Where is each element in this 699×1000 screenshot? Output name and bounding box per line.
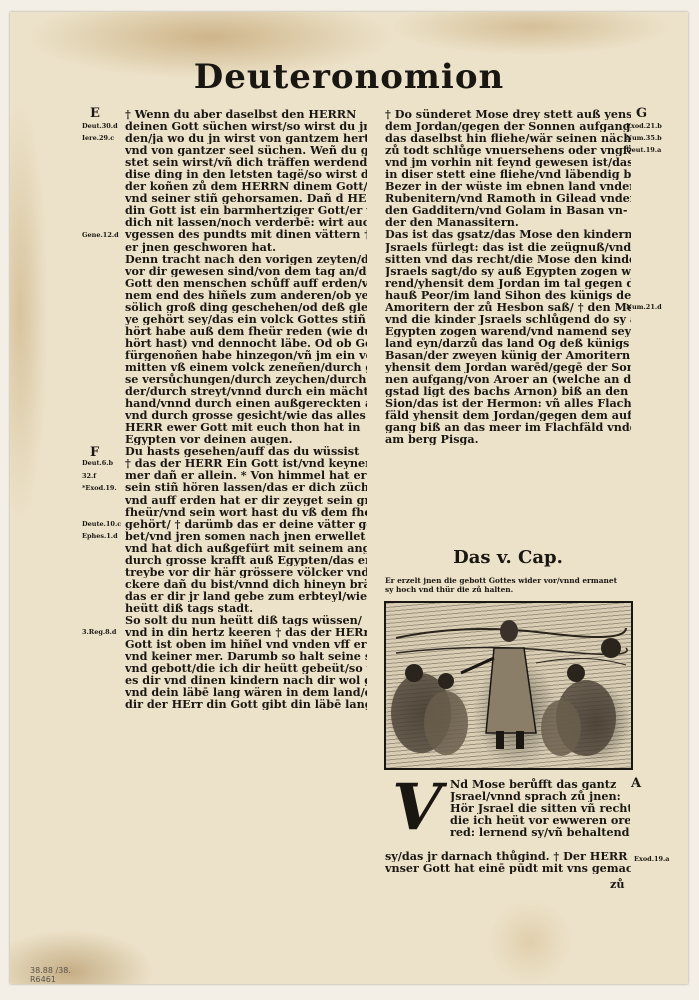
text-line: vnd seiner stiñ gehorsamen. Dañ d HERr (125, 192, 367, 204)
text-line: Bezer in der wüste im ebnen land vnder d… (385, 180, 631, 192)
text-line: das er dir jr land gebe zum erbteyl/wie … (125, 590, 367, 602)
text-line: ye gehört sey/das ein volck Gottes stiñ … (125, 313, 367, 325)
moses-figure-icon (386, 603, 631, 768)
summary-line: sy hoch vnd thür die zů halten. (385, 585, 631, 594)
text-line: in diser stett eine fliehe/vnd läbendig … (385, 168, 631, 180)
text-line: zů todt schlůge vnuersehens oder vngfärd… (385, 144, 631, 156)
text-line: Egypten vor deinen augen. (125, 433, 367, 445)
text-line: treybe vor dir här grössere völcker vnd … (125, 566, 367, 578)
text-line: am berg Pisga. (385, 433, 631, 445)
margin-note: Deut.19.a (626, 146, 661, 154)
text-line: vnd auff erden hat er dir zeyget sein gr… (125, 494, 367, 506)
margin-note: Deut.6.b (82, 459, 113, 467)
text-line: nem end des hiñels zum anderen/ob ye ein (125, 289, 367, 301)
text-line: sein stiñ hören lassen/das er dich zücht… (125, 481, 367, 493)
text-line: das daselbst hin fliehe/wär seinen nächs… (385, 132, 631, 144)
text-line: Basan/der zweyen künig der Amoritern die (385, 349, 631, 361)
chapter-heading: Das v. Cap. (385, 547, 631, 568)
margin-note: Deut.30.d (82, 122, 118, 130)
text-line: Gott den menschen schůff auff erden/von … (125, 277, 367, 289)
text-line: fäld yhensit dem Jordan/gegen dem auf- (385, 409, 631, 421)
text-line: der koñen zů dem HERRN dinem Gott/ (125, 180, 367, 192)
text-line: fheür/vnd sein wort hast du vß dem fheür (125, 506, 367, 518)
text-line: Denn tracht nach den vorigen zeyten/die (125, 253, 367, 265)
text-line: durch grosse krafft auß Egypten/das er v… (125, 554, 367, 566)
text-line: vgessen des pundts mit dinen vättern † d… (125, 228, 367, 240)
text-line: yhensit dem Jordan warēd/gegē der Son (385, 361, 631, 373)
text-line: deinen Gott süchen wirst/so wirst du jn … (125, 120, 367, 132)
text-line: vor dir gewesen sind/von dem tag an/do (125, 265, 367, 277)
text-line: ckere dañ du bist/vnnd dich hineyn bräch… (125, 578, 367, 590)
section-letter-g: G (636, 106, 647, 121)
text-line: So solt du nun heütt diß tags wüssen/ (125, 614, 367, 626)
text-line: gstad ligt des bachs Arnon) biß an den b… (385, 385, 631, 397)
text-line: HERR ewer Gott mit euch thon hat in (125, 421, 367, 433)
margin-note: 3.Reg.8.d (82, 628, 116, 636)
text-line: vnd keiner mer. Darumb so halt seine sit… (125, 650, 367, 662)
text-line: Du hasts gesehen/auff das du wüssist (125, 445, 367, 457)
text-line: der/durch streyt/vnnd durch ein mächtige (125, 385, 367, 397)
inventory-line: 38.88 /38. (30, 966, 71, 975)
left-text-column: † Wenn du aber daselbst den HERRNdeinen … (125, 108, 367, 710)
margin-note: Num.35.b (626, 134, 662, 142)
section-letter-a: A (631, 776, 641, 791)
margin-note: Num.21.d (626, 303, 662, 311)
text-line: die ich heüt vor ewweren oren (450, 814, 630, 826)
text-line: † Do sünderet Mose drey stett auß yensit (385, 108, 631, 120)
text-line: dise ding in den letsten tagë/so wirst d… (125, 168, 367, 180)
text-line: mitten vß einem volck zeneñen/durch gros… (125, 361, 367, 373)
text-line: dir der HErr din Gott gibt din läbē lang… (125, 698, 367, 710)
margin-note: Iere.29.c (82, 134, 114, 142)
text-line: din Gott ist ein barmhertziger Gott/er w… (125, 204, 367, 216)
text-line: vnd von gantzer seel süchen. Weñ du geen… (125, 144, 367, 156)
text-line: gang biß an das meer im Flachfäld vnden (385, 421, 631, 433)
margin-note: Ephes.1.d (82, 532, 118, 540)
text-line: vnd in din hertz keeren † das der HERr e… (125, 626, 367, 638)
text-line: vnd jm vorhin nit feynd gewesen ist/das … (385, 156, 631, 168)
text-line: heütt diß tags stadt. (125, 602, 367, 614)
text-line: der den Manassitern. (385, 216, 631, 228)
text-line: Jsraels fürlegt: das ist die zeügnuß/vnd… (385, 241, 631, 253)
margin-note: Exod.21.b (626, 122, 662, 130)
text-line: † Wenn du aber daselbst den HERRN (125, 108, 367, 120)
margin-note: Gene.12.d (82, 231, 119, 239)
text-line: hört habe auß dem fheür reden (wie du ge… (125, 325, 367, 337)
text-line: hauß Peor/im land Sihon des künigs der (385, 289, 631, 301)
text-line: Sion/das ist der Hermon: vñ alles Flach- (385, 397, 631, 409)
text-line: † das der HERR Ein Gott ist/vnd keyner (125, 457, 367, 469)
section-letter-e: E (90, 106, 100, 121)
text-line: Das ist das gsatz/das Mose den kindern (385, 228, 631, 240)
text-line: sitten vnd das recht/die Mose den kinder… (385, 253, 631, 265)
text-line: fürgenoñen habe hinzegon/vñ jm ein volck (125, 349, 367, 361)
chapter-summary: Er erzelt jnen die gebott Gottes wider v… (385, 576, 631, 594)
text-line: den/ja wo du jn wirst von gantzem hertze… (125, 132, 367, 144)
text-line: Rubenitern/vnd Ramoth in Gilead vnder (385, 192, 631, 204)
text-line: gehört/ † darümb das er deine vätter gel… (125, 518, 367, 530)
woodcut-illustration (384, 601, 633, 770)
text-line: hört hast) vnd dennocht läbe. Od ob Gott (125, 337, 367, 349)
text-line: sy/das jr darnach thůgind. † Der HERR (385, 850, 631, 862)
text-line: es dir vnd dinen kindern nach dir wol go… (125, 674, 367, 686)
text-line: Nd Mose berůfft das gantz (450, 778, 630, 790)
text-line: sölich groß ding geschehen/od deß gleych… (125, 301, 367, 313)
text-line: er jnen geschworen hat. (125, 241, 367, 253)
text-line: mer dañ er allein. * Von himmel hat er d… (125, 469, 367, 481)
margin-note: 32.f (82, 472, 96, 480)
text-line: vnd hat dich außgefürt mit seinem angsic… (125, 542, 367, 554)
text-line: vnd dein läbē lang wären in dem land/das (125, 686, 367, 698)
margin-note: Exod.19.a (634, 855, 670, 863)
text-line: vnd die kinder Jsraels schlůgend do sy a… (385, 313, 631, 325)
section-letter-f: F (90, 445, 99, 460)
catchword: zů (610, 878, 625, 890)
text-line: hand/vnnd durch einen außgereckten arm/ (125, 397, 367, 409)
text-line: se versůchungen/durch zeychen/durch wun (125, 373, 367, 385)
text-line: Egypten zogen warend/vnd namend seyn (385, 325, 631, 337)
text-line: dem Jordan/gegen der Sonnen aufgang/ (385, 120, 631, 132)
text-line: rend/yhensit dem Jordan im tal gegen dem (385, 277, 631, 289)
text-line: vnd gebott/die ich dir heütt gebeüt/so w… (125, 662, 367, 674)
text-line: Hör Jsrael die sitten vñ recht (450, 802, 630, 814)
dropcap-text-block: Nd Mose berůfft das gantzJsrael/vnnd spr… (450, 778, 630, 838)
summary-line: Er erzelt jnen die gebott Gottes wider v… (385, 576, 631, 585)
drop-cap-initial: V (388, 776, 446, 842)
closing-text-block: sy/das jr darnach thůgind. † Der HERRvns… (385, 850, 631, 874)
text-line: Jsraels sagt/do sy auß Egypten zogen wa (385, 265, 631, 277)
page-title: Deuteronomion (10, 57, 688, 97)
margin-note: *Exod.19. (82, 484, 117, 492)
text-line: vnser Gott hat einē pūdt mit vns gemacht (385, 862, 631, 874)
text-line: dich nit lassen/noch verderbē: wirt auch… (125, 216, 367, 228)
inventory-line: R6461 (30, 975, 71, 984)
text-line: Gott ist oben im hiñel vnd vnden vff erd… (125, 638, 367, 650)
text-line: bet/vnd jren somen nach jnen erwellet ha… (125, 530, 367, 542)
text-line: nen aufgang/von Aroer an (welche an dem (385, 373, 631, 385)
text-line: land eyn/darzů das land Og deß künigs zů (385, 337, 631, 349)
text-line: stet sein wirst/vñ dich träffen werdend … (125, 156, 367, 168)
text-line: red: lernend sy/vñ behaltend (450, 826, 630, 838)
text-line: vnd durch grosse gesicht/wie das alles d… (125, 409, 367, 421)
inventory-note: 38.88 /38. R6461 (30, 966, 71, 984)
text-line: den Gadditern/vnd Golam in Basan vn- (385, 204, 631, 216)
text-line: Jsrael/vnnd sprach zů jnen: (450, 790, 630, 802)
text-line: Amoritern der zů Hesbon saß/ † den Mose (385, 301, 631, 313)
margin-note: Deute.10.c (82, 520, 121, 528)
right-text-column: † Do sünderet Mose drey stett auß yensit… (385, 108, 631, 445)
